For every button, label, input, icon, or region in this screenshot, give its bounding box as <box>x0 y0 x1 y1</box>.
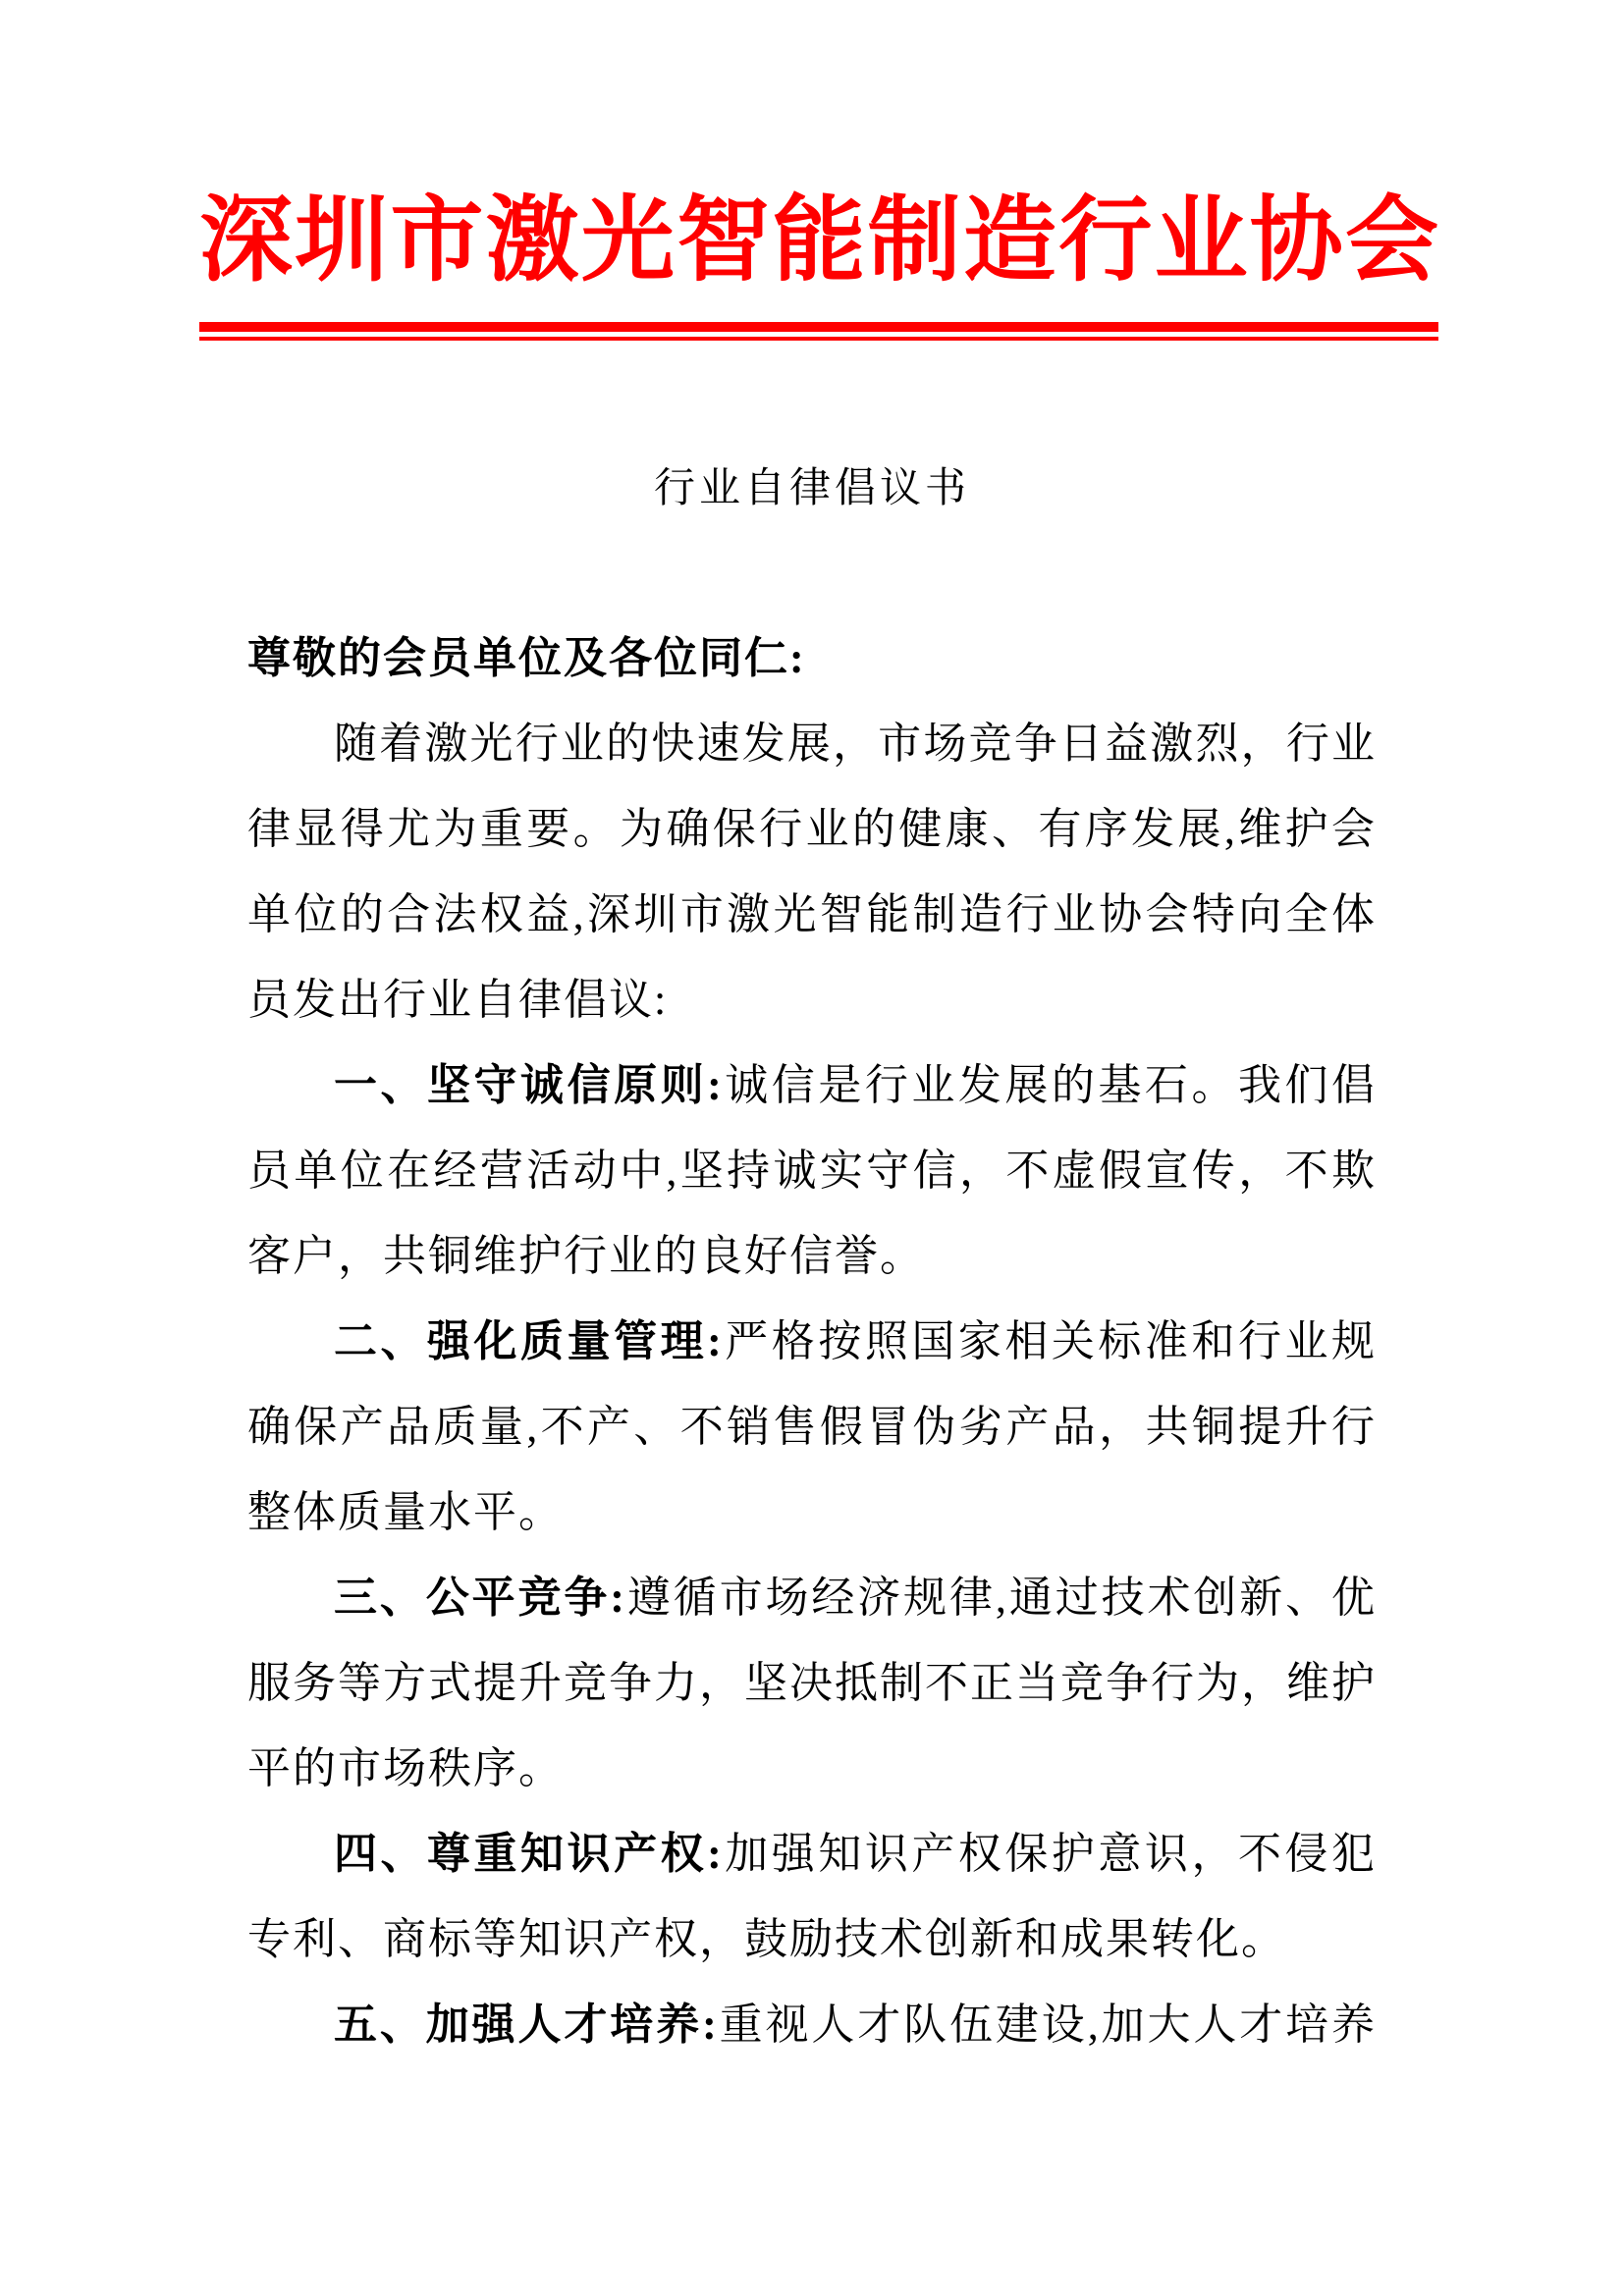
body-line: 单位的合法权益,深圳市激光智能制造行业协会特向全体会 <box>247 872 1377 957</box>
line-text: 服务等方式提升竞争力，坚决抵制不正当竞争行为，维护公 <box>247 1659 1377 1726</box>
line-text: 专利、商标等知识产权，鼓励技术创新和成果转化。 <box>247 1915 1286 1963</box>
section-1-heading: 一、坚守诚信原则: <box>334 1061 724 1109</box>
line-text: 平的市场秩序。 <box>247 1744 564 1792</box>
line-text: 确保产品质量,不产、不销售假冒伪劣产品，共铜提升行业 <box>247 1403 1377 1469</box>
letterhead-org-name: 深圳市激光智能制造行业协会 <box>199 172 1438 309</box>
body-line: 律显得尤为重要。为确保行业的健康、有序发展,维护会员 <box>247 786 1377 872</box>
section-4-heading: 四、尊重知识产权: <box>334 1830 724 1878</box>
body-line-section-5: 五、加强人才培养:重视人才队伍建设,加大人才培养和 <box>247 1982 1377 2067</box>
body-line-section-1: 一、坚守诚信原则:诚信是行业发展的基石。我们倡议会 <box>247 1042 1377 1128</box>
section-2-heading: 二、强化质量管理: <box>334 1317 724 1365</box>
document-page: 深圳市激光智能制造行业协会 行业自律倡议书 尊敬的会员单位及各位同仁: 随着激光… <box>0 0 1624 2296</box>
line-text: 客户，共铜维护行业的良好信誉。 <box>247 1232 925 1280</box>
body-line: 确保产品质量,不产、不销售假冒伪劣产品，共铜提升行业 <box>247 1384 1377 1469</box>
line-text: 员发出行业自律倡议: <box>247 976 668 1024</box>
line-text: 律显得尤为重要。为确保行业的健康、有序发展,维护会员 <box>247 805 1377 872</box>
body-line: 专利、商标等知识产权，鼓励技术创新和成果转化。 <box>247 1896 1377 1982</box>
body-line: 随着激光行业的快速发展，市场竞争日益激烈，行业自 <box>247 701 1377 786</box>
line-text: 员单位在经营活动中,坚持诚实守信，不虚假宣传，不欺诈 <box>247 1147 1377 1213</box>
document-title: 行业自律倡议书 <box>247 460 1377 515</box>
line-text: 单位的合法权益,深圳市激光智能制造行业协会特向全体会 <box>247 890 1377 957</box>
body-line-section-4: 四、尊重知识产权:加强知识产权保护意识，不侵犯他人 <box>247 1811 1377 1896</box>
section-5-heading: 五、加强人才培养: <box>334 2001 719 2049</box>
body-line: 平的市场秩序。 <box>247 1726 1377 1811</box>
body-line: 客户，共铜维护行业的良好信誉。 <box>247 1213 1377 1299</box>
body-line-salutation: 尊敬的会员单位及各位同仁: <box>247 615 1377 701</box>
line-text: 随着激光行业的快速发展，市场竞争日益激烈，行业自 <box>247 720 1377 786</box>
section-3-heading: 三、公平竞争: <box>334 1574 626 1622</box>
body-line: 服务等方式提升竞争力，坚决抵制不正当竞争行为，维护公 <box>247 1640 1377 1726</box>
letterhead-rule-thick <box>199 322 1438 332</box>
document-body: 尊敬的会员单位及各位同仁: 随着激光行业的快速发展，市场竞争日益激烈，行业自 律… <box>247 615 1377 2067</box>
salutation-text: 尊敬的会员单位及各位同仁: <box>247 634 806 682</box>
line-text: 整体质量水平。 <box>247 1488 564 1536</box>
body-line-section-3: 三、公平竞争:遵循市场经济规律,通过技术创新、优化 <box>247 1555 1377 1640</box>
body-line: 整体质量水平。 <box>247 1469 1377 1555</box>
body-line: 员单位在经营活动中,坚持诚实守信，不虚假宣传，不欺诈 <box>247 1128 1377 1213</box>
body-line: 员发出行业自律倡议: <box>247 957 1377 1042</box>
letterhead-rule-thin <box>199 337 1438 341</box>
body-line-section-2: 二、强化质量管理:严格按照国家相关标准和行业规范， <box>247 1299 1377 1384</box>
